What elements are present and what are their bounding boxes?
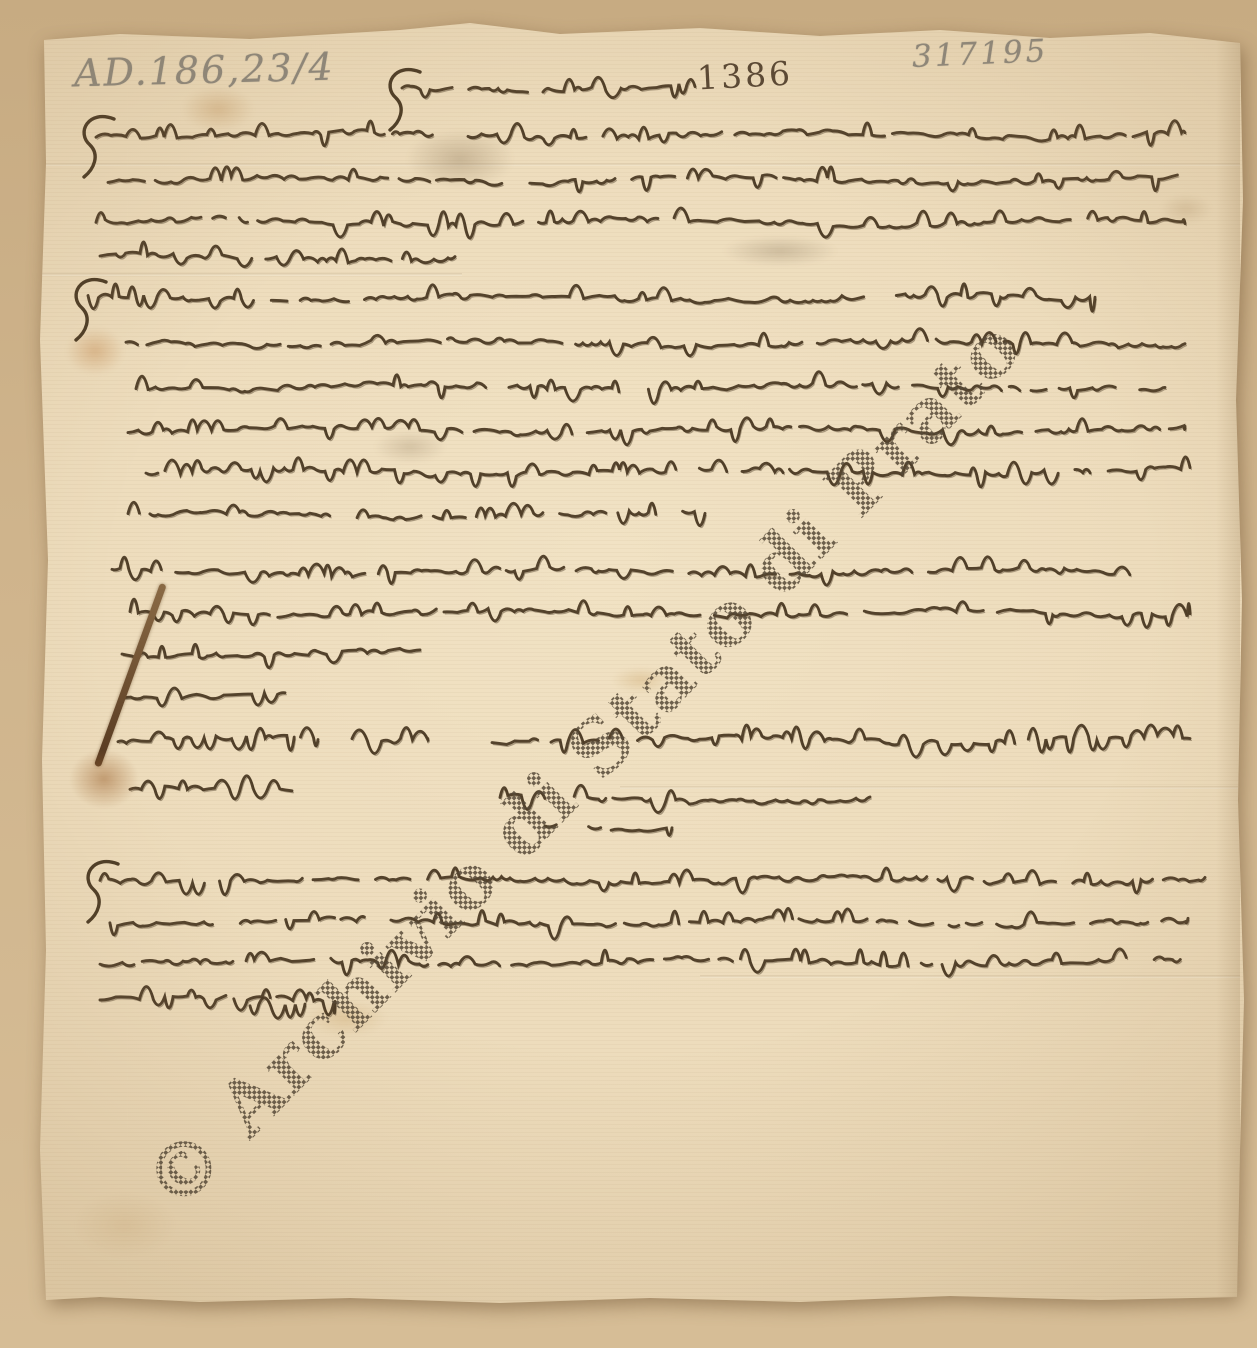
paper-sheet: 1386 AD.186,23/4 317195: [0, 0, 1257, 1348]
manuscript-scan: 1386 AD.186,23/4 317195 © Archivio di St…: [0, 0, 1257, 1348]
right-edge-shade: [1216, 36, 1240, 1302]
paper-shadow-wrap: 1386 AD.186,23/4 317195: [0, 0, 1257, 1348]
edge-vignette: [0, 0, 1257, 1348]
